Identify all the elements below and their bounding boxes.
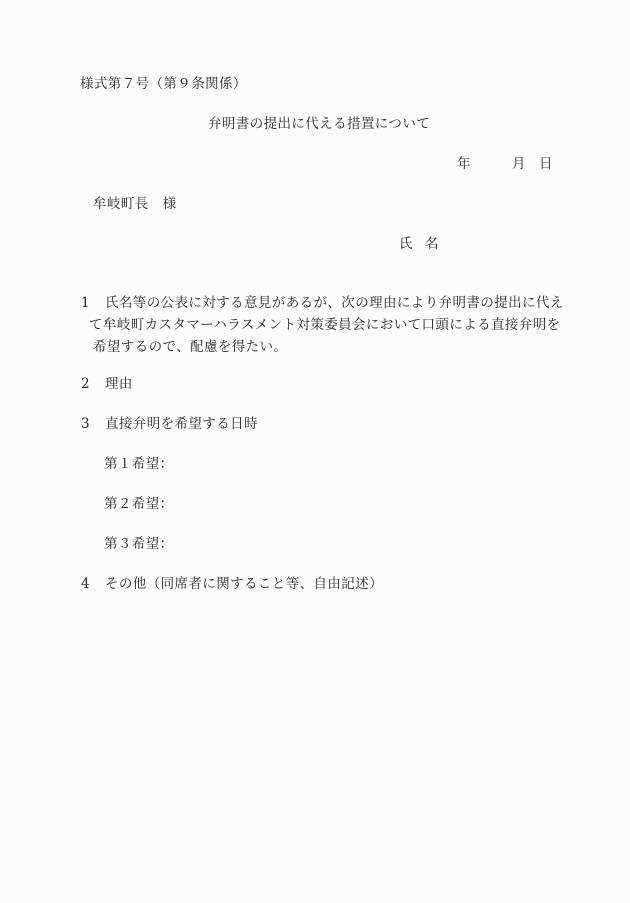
form-number: 様式第７号（第９条関係） — [80, 76, 247, 92]
name-label-part-2: 名 — [425, 236, 439, 252]
date-year-label: 年 — [457, 156, 471, 172]
item-4-text: その他（同席者に関すること等、自由記述） — [105, 576, 383, 592]
item-3-number: 3 — [81, 416, 90, 432]
addressee-name: 牟岐町長 — [93, 196, 149, 212]
item-1-text-line-3: 希望するので、配慮を得たい。 — [93, 339, 287, 355]
item-4-number: 4 — [81, 576, 90, 592]
item-3-text: 直接弁明を希望する日時 — [105, 416, 258, 432]
item-2-number: 2 — [81, 376, 90, 392]
item-2-text: 理由 — [105, 376, 133, 392]
date-day-label: 日 — [539, 156, 553, 172]
document-page: 様式第７号（第９条関係） 弁明書の提出に代える措置について 年 月 日 牟岐町長… — [0, 0, 630, 903]
addressee: 牟岐町長様 — [93, 196, 177, 212]
item-1-number: 1 — [81, 295, 90, 311]
preference-1: 第１希望： — [104, 456, 174, 472]
signer-name-label: 氏 名 — [0, 236, 630, 252]
preference-3: 第３希望： — [104, 536, 174, 552]
name-label-part-1: 氏 — [399, 236, 413, 252]
date-month-label: 月 — [512, 156, 526, 172]
item-1-text-line-1: 氏名等の公表に対する意見があるが、次の理由により弁明書の提出に代え — [105, 295, 564, 311]
document-title: 弁明書の提出に代える措置について — [208, 116, 430, 132]
addressee-honorific: 様 — [163, 196, 177, 212]
date-line: 年 月 日 — [0, 156, 630, 172]
item-1-text-line-2: て牟岐町カスタマーハラスメント対策委員会において口頭による直接弁明を — [89, 317, 561, 333]
preference-2: 第２希望： — [104, 496, 174, 512]
